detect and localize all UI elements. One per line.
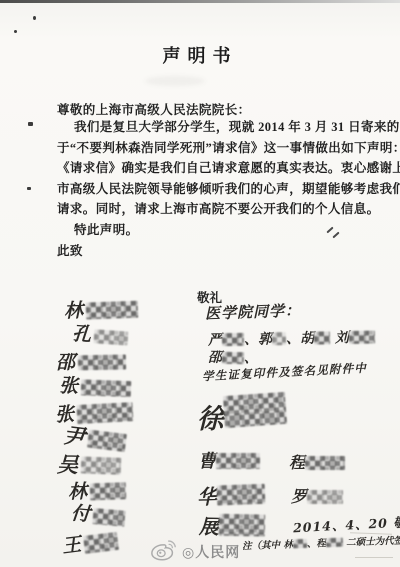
signature-surname: 张 — [59, 377, 79, 397]
body-line: 请求。同时，请求上海市高院不要公开我们的个人信息。 — [57, 199, 400, 220]
censored-name-mosaic — [81, 457, 122, 475]
censored-name-mosaic — [78, 354, 126, 370]
signature-surname: 孔 — [71, 325, 91, 345]
signature-surname: 程 — [289, 453, 305, 472]
signature-surname: 林 — [68, 483, 88, 503]
signature-row: 罗 — [291, 484, 343, 507]
censored-name-mosaic — [305, 456, 345, 470]
footnote-text: 二硕士为代签名） — [343, 535, 400, 549]
peoples-daily-watermark: ◎人民网 — [150, 537, 240, 567]
scan-crease — [355, 557, 393, 558]
document-body: 我们是复旦大学部分学生，现就 2014 年 3 月 31 日寄来的《关 于“不要… — [57, 117, 400, 261]
footnote-line: 注（其中 林、程 二硕士为代签名） — [242, 532, 400, 552]
censored-name-mosaic — [349, 331, 375, 344]
censored-name-mosaic — [222, 352, 244, 364]
signature-surname: 林 — [64, 302, 84, 322]
censored-name-mosaic — [222, 333, 244, 346]
signature-name: 郭 — [258, 331, 272, 347]
signature-row: 林 — [64, 297, 139, 325]
signature-name: 邵 — [208, 350, 222, 366]
censored-name-mosaic — [90, 482, 127, 500]
signature-surname: 吴 — [57, 454, 79, 476]
name-separator: 、 — [244, 350, 258, 366]
signature-row: 华 — [197, 479, 266, 510]
watermark-text: ◎人民网 — [182, 542, 240, 562]
closing-statement: 特此声明。 — [57, 220, 400, 241]
signature-group-label: 医学院同学： — [205, 299, 302, 323]
name-separator: 、 — [286, 331, 300, 347]
signature-row: 曹 — [198, 447, 260, 473]
scan-edge-line — [0, 0, 400, 3]
censored-name-mosaic — [81, 380, 132, 398]
signature-row: 张 — [59, 374, 139, 403]
signature-row: 吴 — [57, 451, 139, 480]
censored-name-mosaic — [272, 332, 286, 345]
scan-speck — [14, 30, 17, 33]
body-line: 于“不要判林森浩同学死刑”请求信》这一事情做出如下声明： — [57, 138, 400, 159]
signature-surname: 曹 — [198, 451, 216, 472]
footnote-text: 、程 — [307, 538, 326, 550]
signature-surname: 邵 — [56, 353, 75, 372]
name-separator: 、 — [244, 332, 258, 348]
censored-name-mosaic — [314, 331, 330, 344]
body-line: 我们是复旦大学部分学生，现就 2014 年 3 月 31 日寄来的《关 — [57, 117, 400, 138]
censored-name-mosaic — [223, 392, 287, 428]
salutation-line: 尊敬的上海市高级人民法院院长： — [57, 100, 251, 118]
body-line: 《请求信》确实是我们自己请求意愿的真实表达。衷心感谢上海 — [57, 158, 400, 179]
weibo-icon — [150, 537, 178, 567]
signature-row: 徐 — [197, 394, 286, 436]
signature-surname: 王 — [61, 536, 82, 557]
signature-surname: 付 — [70, 505, 91, 526]
signature-surname: 展 — [199, 514, 219, 538]
scanned-statement-document: 声明书 尊敬的上海市高级人民法院院长： 我们是复旦大学部分学生，现就 2014 … — [0, 0, 400, 567]
censored-name-mosaic — [326, 538, 343, 548]
censored-name-mosaic — [86, 301, 139, 320]
signature-surname: 华 — [197, 484, 218, 509]
footnote-text: 注（其中 林 — [242, 539, 293, 552]
signature-surname: 尹 — [62, 424, 87, 449]
censored-name-mosaic — [217, 484, 266, 506]
censored-name-mosaic — [307, 490, 343, 504]
body-line: 市高级人民法院领导能够倾听我们的心声，期望能够考虑我们的 — [57, 179, 400, 200]
scan-speck — [33, 16, 36, 20]
signature-row: 程 — [289, 450, 345, 473]
signature-row: 邵 — [56, 349, 138, 376]
censored-name-mosaic — [216, 453, 260, 469]
scan-smudge — [145, 76, 205, 86]
censored-name-mosaic — [219, 514, 265, 537]
document-title: 声明书 — [0, 42, 400, 68]
signature-row: 王 — [61, 526, 140, 561]
signature-row: 孔 — [71, 322, 139, 352]
censored-name-mosaic — [293, 539, 307, 548]
scan-speck — [27, 187, 31, 190]
censored-name-mosaic — [87, 429, 127, 451]
censored-name-mosaic — [77, 403, 134, 425]
censored-name-mosaic — [92, 508, 125, 527]
signature-surname: 罗 — [291, 487, 307, 506]
signature-column-left: 林 孔 邵 张 张 尹 吴 林 — [46, 298, 138, 556]
censored-name-mosaic — [94, 329, 129, 345]
censored-name-mosaic — [83, 532, 119, 554]
closing-zhici: 此致 — [57, 241, 400, 262]
signature-surname: 徐 — [197, 404, 224, 435]
signature-names-row: 邵、 — [208, 347, 258, 368]
signature-name: 胡 — [300, 331, 314, 347]
scan-speck — [28, 122, 33, 126]
signature-name: 刘 — [335, 330, 349, 346]
